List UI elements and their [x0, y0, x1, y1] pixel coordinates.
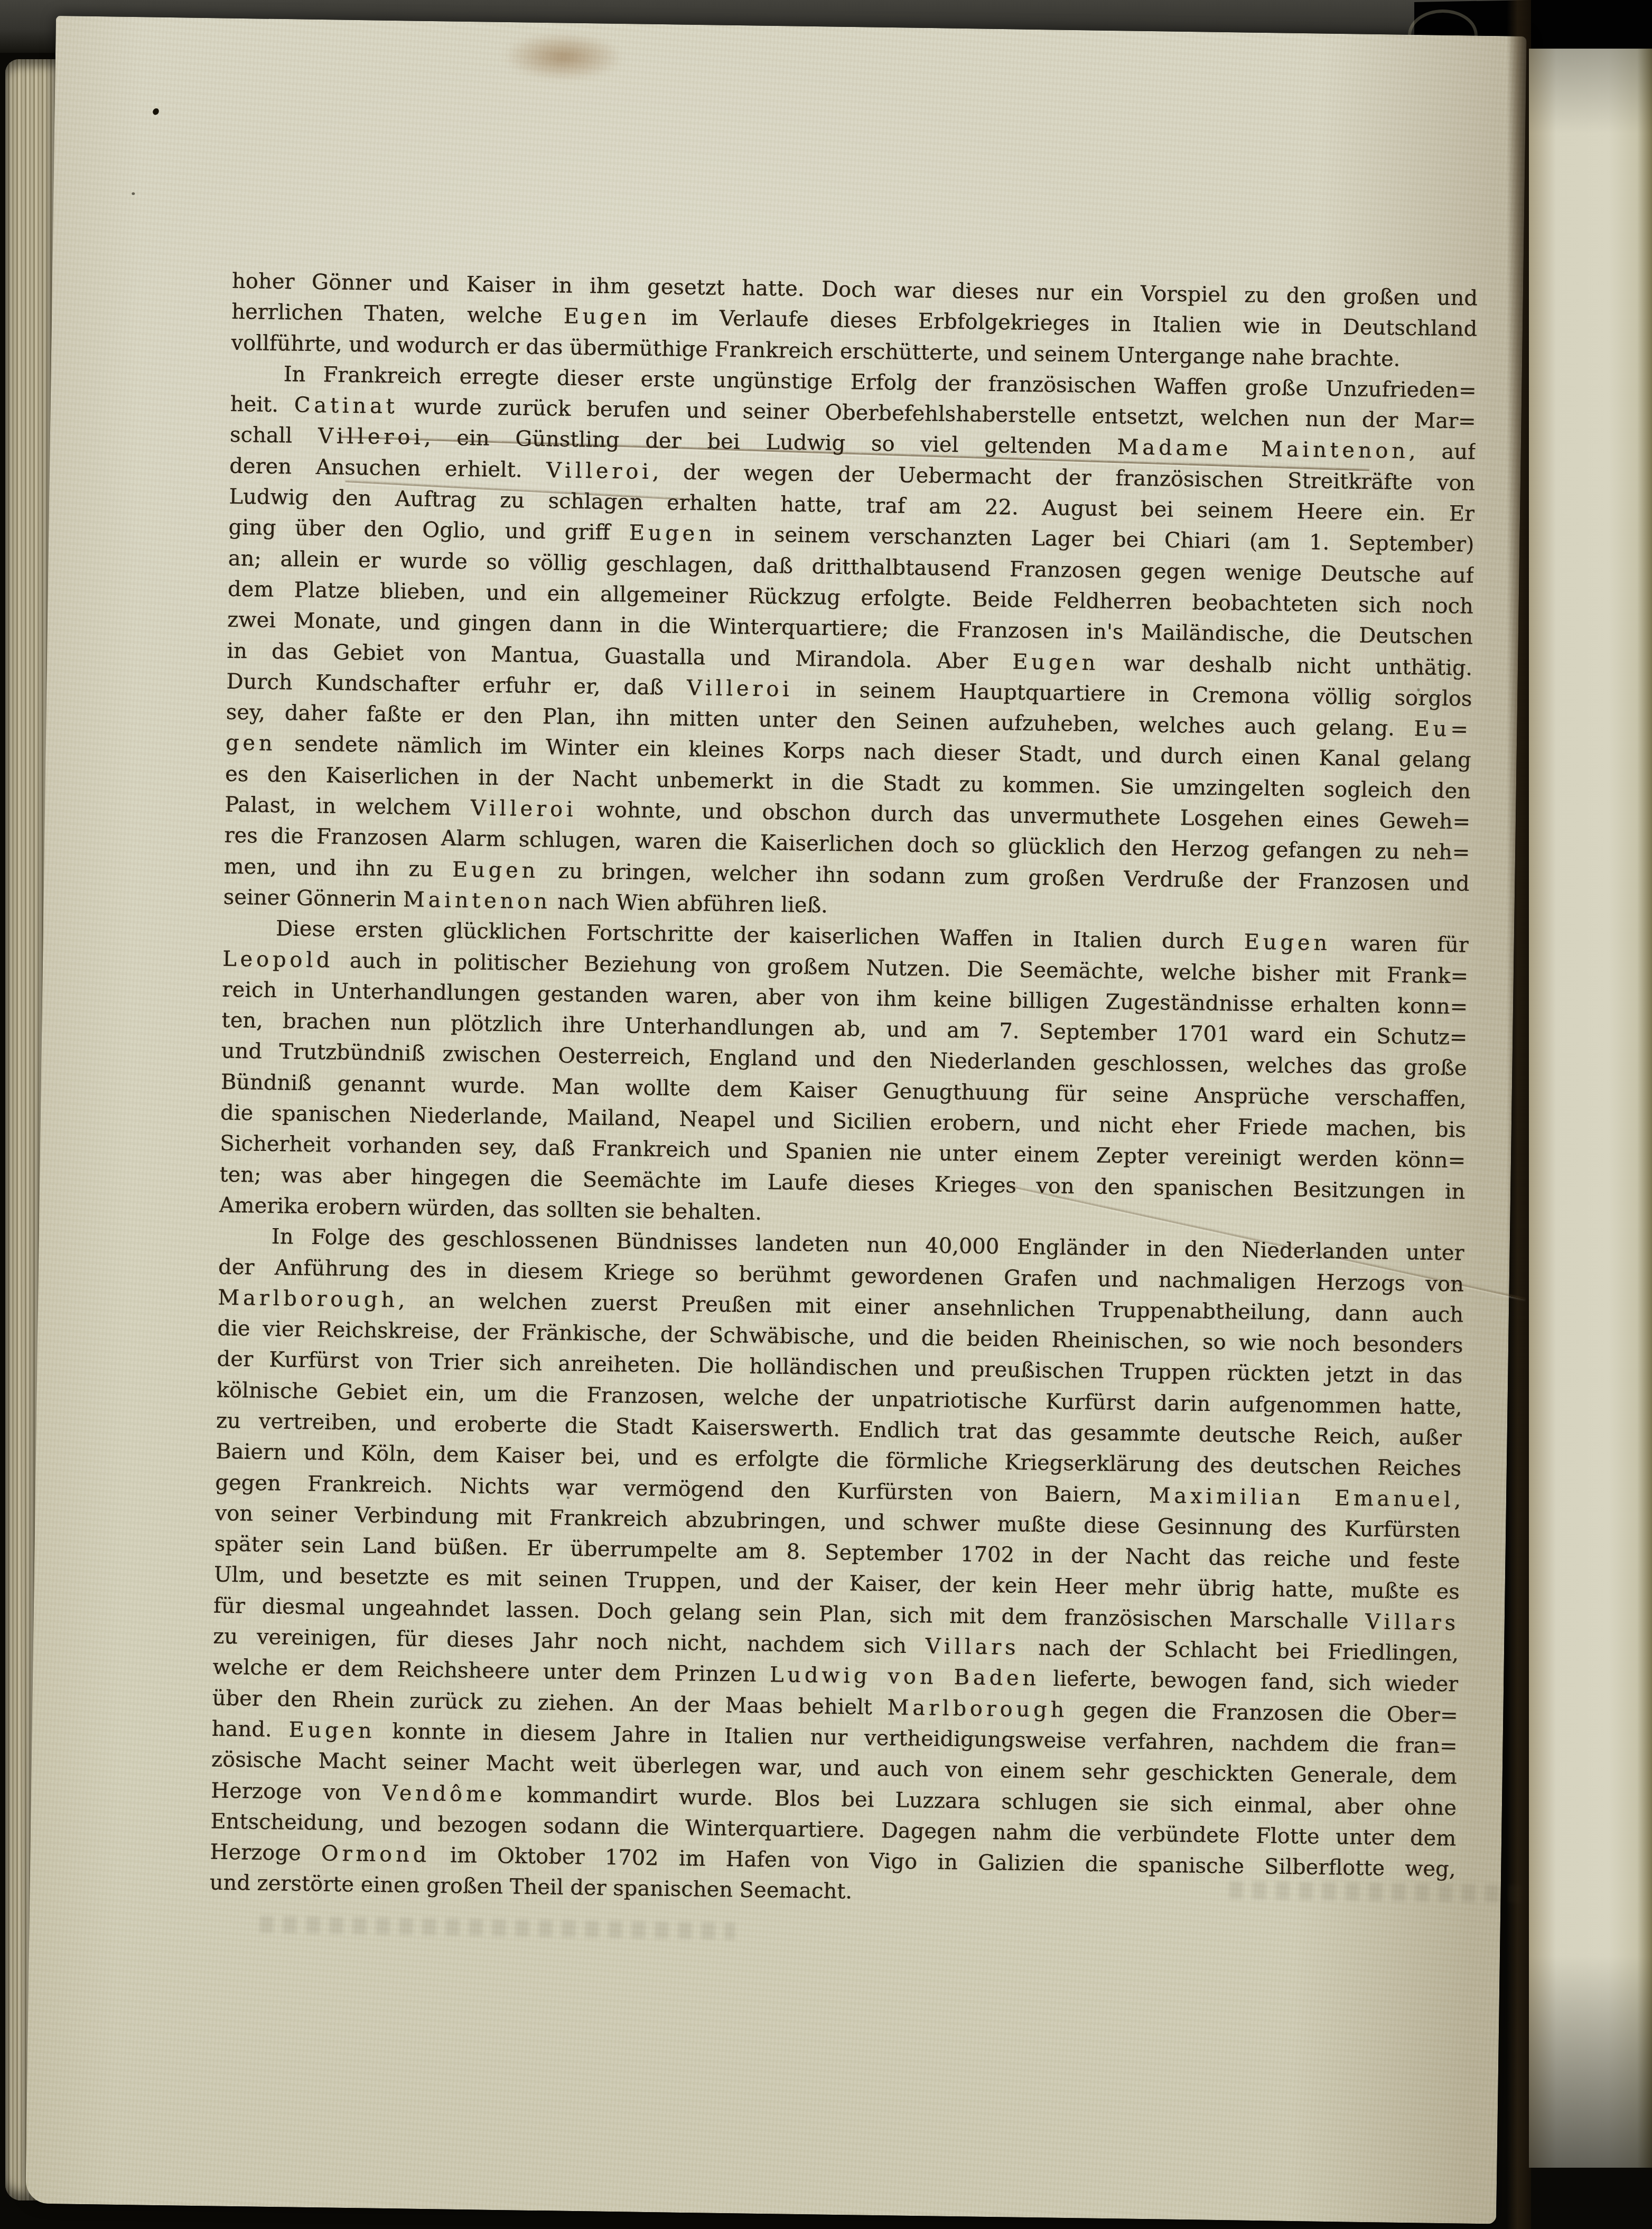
text-run: hand. [211, 1716, 288, 1742]
text-run: Durch Kundschafter erfuhr er, daß [226, 669, 687, 700]
text-run: seiner Gönnerin [223, 885, 403, 912]
letterspaced-name: Marlborough [218, 1285, 398, 1312]
text-run: deren Ansuchen erhielt. [229, 453, 547, 482]
letterspaced-name: Catinat [294, 393, 398, 419]
letterspaced-name: Eu= [1414, 717, 1472, 742]
letterspaced-name: Marlborough [887, 1695, 1068, 1722]
text-run: Herzoge [210, 1840, 321, 1866]
paper-stain [502, 32, 624, 82]
letterspaced-name: Ludwig von Baden [769, 1663, 1040, 1691]
text-run: herrlichen Thaten, welche [231, 300, 564, 329]
ink-speck [132, 192, 135, 195]
letterspaced-name: Maximilian Emanuel [1149, 1483, 1454, 1512]
text-run: und zerstörte einen großen Theil der spa… [209, 1871, 852, 1904]
letterspaced-name: Eugen [452, 857, 539, 883]
letterspaced-name: Maintenon [403, 887, 551, 914]
letterspaced-name: Villeroi [318, 424, 424, 450]
text-run: lieferte, bewogen fand, sich wieder [1039, 1667, 1458, 1697]
text-run: , auf [1408, 439, 1476, 465]
text-run: war deshalb nicht unthätig. [1099, 651, 1473, 680]
text-run: Herzoge von [211, 1778, 382, 1805]
text-run: men, und ihn zu [223, 854, 452, 881]
page-text-block: hoher Gönner und Kaiser in ihm gesetzt h… [209, 266, 1478, 1916]
text-run: welche er dem Reichsheere unter dem Prin… [212, 1655, 770, 1687]
book-gutter-shadow [1507, 0, 1531, 2229]
text-run: Amerika erobern würden, das sollten sie … [219, 1193, 762, 1224]
letterspaced-name: Madame Maintenon [1117, 435, 1409, 464]
book-page: hoher Gönner und Kaiser in ihm gesetzt h… [25, 16, 1527, 2224]
text-run: ging über den Oglio, und griff [228, 515, 629, 545]
letterspaced-name: Leopold [222, 946, 334, 972]
letterspaced-name: Eugen [1244, 930, 1331, 955]
text-run: , [1454, 1488, 1461, 1512]
text-run: waren für [1330, 931, 1469, 958]
text-run: nach der Schlacht bei Friedlingen, [1019, 1636, 1459, 1666]
letterspaced-name: Eugen [1012, 649, 1099, 675]
adjacent-page-edge [1529, 49, 1652, 2168]
letterspaced-name: Villeroi [687, 676, 793, 702]
text-run: nach Wien abführen ließ. [550, 889, 828, 917]
book-scan: hoher Gönner und Kaiser in ihm gesetzt h… [0, 0, 1652, 2229]
letterspaced-name: Villars [1365, 1610, 1459, 1635]
letterspaced-name: gen [225, 731, 276, 756]
ink-speck [152, 107, 160, 116]
text-run: schall [230, 423, 319, 448]
text-run: gegen die Franzosen die Ober= [1068, 1698, 1458, 1728]
letterspaced-name: Eugen [563, 304, 650, 330]
letterspaced-name: Eugen [288, 1717, 376, 1743]
letterspaced-name: Eugen [629, 521, 716, 546]
letterspaced-name: Villars [925, 1634, 1019, 1659]
text-run: heit. [230, 392, 294, 417]
letterspaced-name: Villeroi [546, 458, 652, 484]
text-run: Palast, in welchem [225, 793, 471, 820]
show-through-ghost-text [259, 1916, 735, 1940]
letterspaced-name: Ormond [321, 1841, 430, 1867]
letterspaced-name: Vendôme [382, 1780, 506, 1806]
letterspaced-name: Villeroi [470, 796, 576, 822]
